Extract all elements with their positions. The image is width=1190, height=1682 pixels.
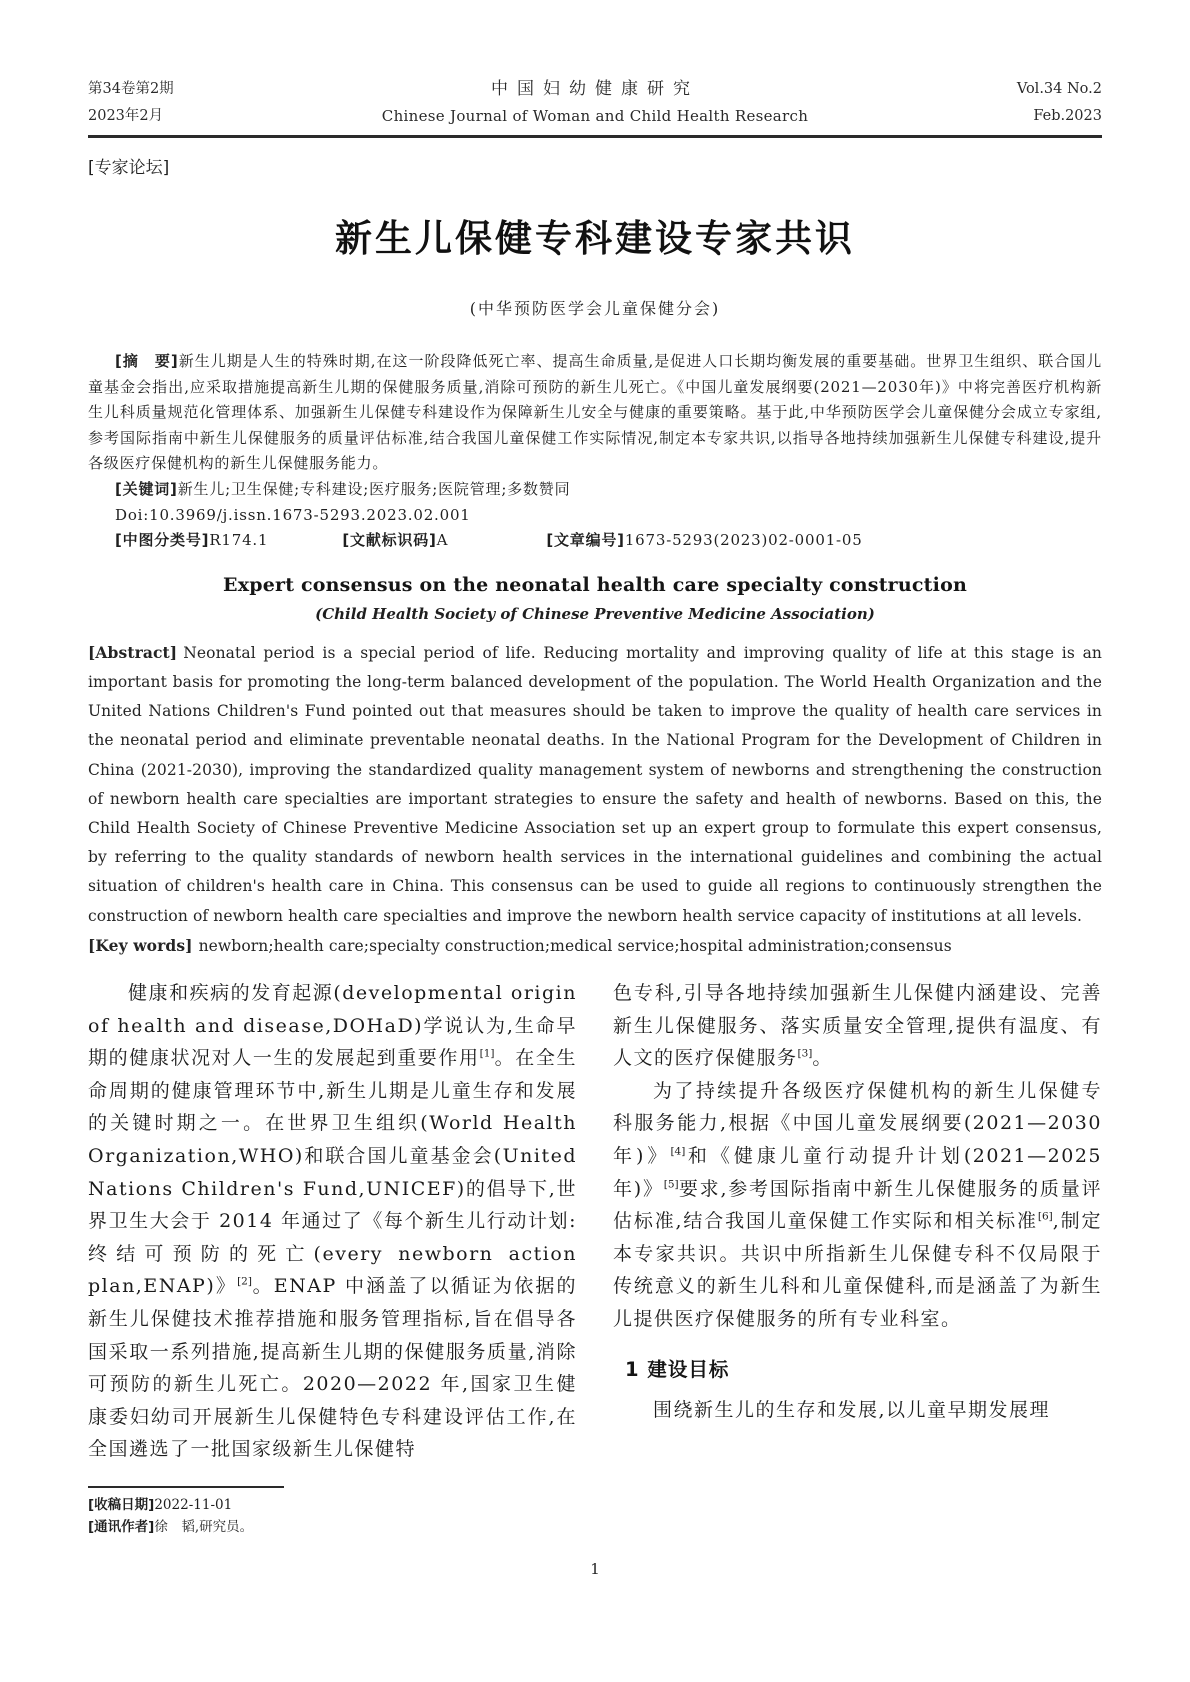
body-paragraph-1: 健康和疾病的发育起源(developmental origin of healt… bbox=[88, 977, 577, 1466]
abstract-cn-label: [摘 要] bbox=[115, 352, 179, 370]
citation-ref: [4] bbox=[670, 1146, 685, 1158]
article-byline-en: (Child Health Society of Chinese Prevent… bbox=[88, 605, 1102, 623]
issue-info-en: Vol.34 No.2 Feb.2023 bbox=[882, 76, 1102, 130]
abstract-en: [Abstract]Neonatal period is a special p… bbox=[88, 638, 1102, 931]
classification-line: [中图分类号]R174.1[文献标识码]A[文章编号]1673-5293(202… bbox=[88, 528, 1102, 554]
abstract-cn-text: 新生儿期是人生的特殊时期,在这一阶段降低死亡率、提高生命质量,是促进人口长期均衡… bbox=[88, 352, 1102, 472]
corresponding-author-value: 徐 韬,研究员。 bbox=[154, 1519, 253, 1535]
doc-code-item: [文献标识码]A bbox=[342, 528, 448, 554]
citation-ref: [2] bbox=[237, 1276, 252, 1288]
received-date-line: [收稿日期]2022-11-01 bbox=[88, 1494, 608, 1516]
keywords-cn-label: [关键词] bbox=[115, 480, 178, 498]
article-title-cn: 新生儿保健专科建设专家共识 bbox=[88, 208, 1102, 262]
corresponding-author-line: [通讯作者]徐 韬,研究员。 bbox=[88, 1516, 608, 1538]
page-number: 1 bbox=[0, 1560, 1190, 1578]
volume-issue-en: Vol.34 No.2 bbox=[882, 76, 1102, 103]
chinese-abstract-block: [摘 要]新生儿期是人生的特殊时期,在这一阶段降低死亡率、提高生命质量,是促进人… bbox=[88, 349, 1102, 554]
doc-code-value: A bbox=[437, 531, 449, 549]
section-1-heading: 1 建设目标 bbox=[613, 1354, 1102, 1382]
clc-label: [中图分类号] bbox=[115, 531, 209, 549]
clc-value: R174.1 bbox=[209, 531, 268, 549]
body-columns: 健康和疾病的发育起源(developmental origin of healt… bbox=[88, 977, 1102, 1466]
journal-name-en: Chinese Journal of Woman and Child Healt… bbox=[308, 103, 882, 130]
keywords-cn-text: 新生儿;卫生保健;专科建设;医疗服务;医院管理;多数赞同 bbox=[178, 480, 571, 498]
keywords-en-label: [Key words] bbox=[88, 936, 193, 955]
received-date-value: 2022-11-01 bbox=[154, 1497, 232, 1513]
corresponding-author-label: [通讯作者] bbox=[88, 1519, 154, 1535]
body-paragraph-2: 为了持续提升各级医疗保健机构的新生儿保健专科服务能力,根据《中国儿童发展纲要(2… bbox=[613, 1075, 1102, 1336]
received-date-label: [收稿日期] bbox=[88, 1497, 154, 1513]
left-column: 健康和疾病的发育起源(developmental origin of healt… bbox=[88, 977, 577, 1466]
volume-issue-cn: 第34卷第2期 bbox=[88, 76, 308, 103]
keywords-en-text: newborn;health care;specialty constructi… bbox=[199, 937, 952, 955]
doi-line: Doi:10.3969/j.issn.1673-5293.2023.02.001 bbox=[88, 503, 1102, 529]
column-label: [专家论坛] bbox=[88, 153, 1102, 178]
header-rule bbox=[88, 135, 1102, 138]
citation-ref: [6] bbox=[1038, 1211, 1053, 1223]
article-id-label: [文章编号] bbox=[546, 531, 625, 549]
keywords-cn: [关键词]新生儿;卫生保健;专科建设;医疗服务;医院管理;多数赞同 bbox=[88, 477, 1102, 503]
article-title-en: Expert consensus on the neonatal health … bbox=[88, 574, 1102, 596]
citation-ref: [1] bbox=[480, 1048, 495, 1060]
issue-info-cn: 第34卷第2期 2023年2月 bbox=[88, 76, 308, 130]
abstract-cn: [摘 要]新生儿期是人生的特殊时期,在这一阶段降低死亡率、提高生命质量,是促进人… bbox=[88, 349, 1102, 477]
journal-header: 第34卷第2期 2023年2月 中国妇幼健康研究 Chinese Journal… bbox=[88, 76, 1102, 130]
abstract-en-text: Neonatal period is a special period of l… bbox=[88, 644, 1102, 925]
journal-name-block: 中国妇幼健康研究 Chinese Journal of Woman and Ch… bbox=[308, 76, 882, 130]
abstract-en-label: [Abstract] bbox=[88, 643, 177, 662]
right-column: 色专科,引导各地持续加强新生儿保健内涵建设、完善新生儿保健服务、落实质量安全管理… bbox=[613, 977, 1102, 1466]
issue-date-cn: 2023年2月 bbox=[88, 103, 308, 130]
body-paragraph-3: 围绕新生儿的生存和发展,以儿童早期发展理 bbox=[613, 1394, 1102, 1427]
doc-code-label: [文献标识码] bbox=[342, 531, 436, 549]
issue-date-en: Feb.2023 bbox=[882, 103, 1102, 130]
article-id-value: 1673-5293(2023)02-0001-05 bbox=[625, 531, 863, 549]
article-byline-cn: (中华预防医学会儿童保健分会) bbox=[88, 296, 1102, 319]
citation-ref: [5] bbox=[664, 1178, 679, 1190]
footnote-block: [收稿日期]2022-11-01 [通讯作者]徐 韬,研究员。 bbox=[88, 1486, 608, 1538]
footnote-rule bbox=[88, 1486, 284, 1488]
article-id-item: [文章编号]1673-5293(2023)02-0001-05 bbox=[546, 528, 862, 554]
body-paragraph-1-continued: 色专科,引导各地持续加强新生儿保健内涵建设、完善新生儿保健服务、落实质量安全管理… bbox=[613, 977, 1102, 1075]
citation-ref: [3] bbox=[798, 1048, 813, 1060]
keywords-en: [Key words]newborn;health care;specialty… bbox=[88, 931, 1102, 961]
journal-name-cn: 中国妇幼健康研究 bbox=[308, 76, 882, 103]
journal-page: 第34卷第2期 2023年2月 中国妇幼健康研究 Chinese Journal… bbox=[0, 0, 1190, 1682]
clc-item: [中图分类号]R174.1 bbox=[115, 528, 268, 554]
